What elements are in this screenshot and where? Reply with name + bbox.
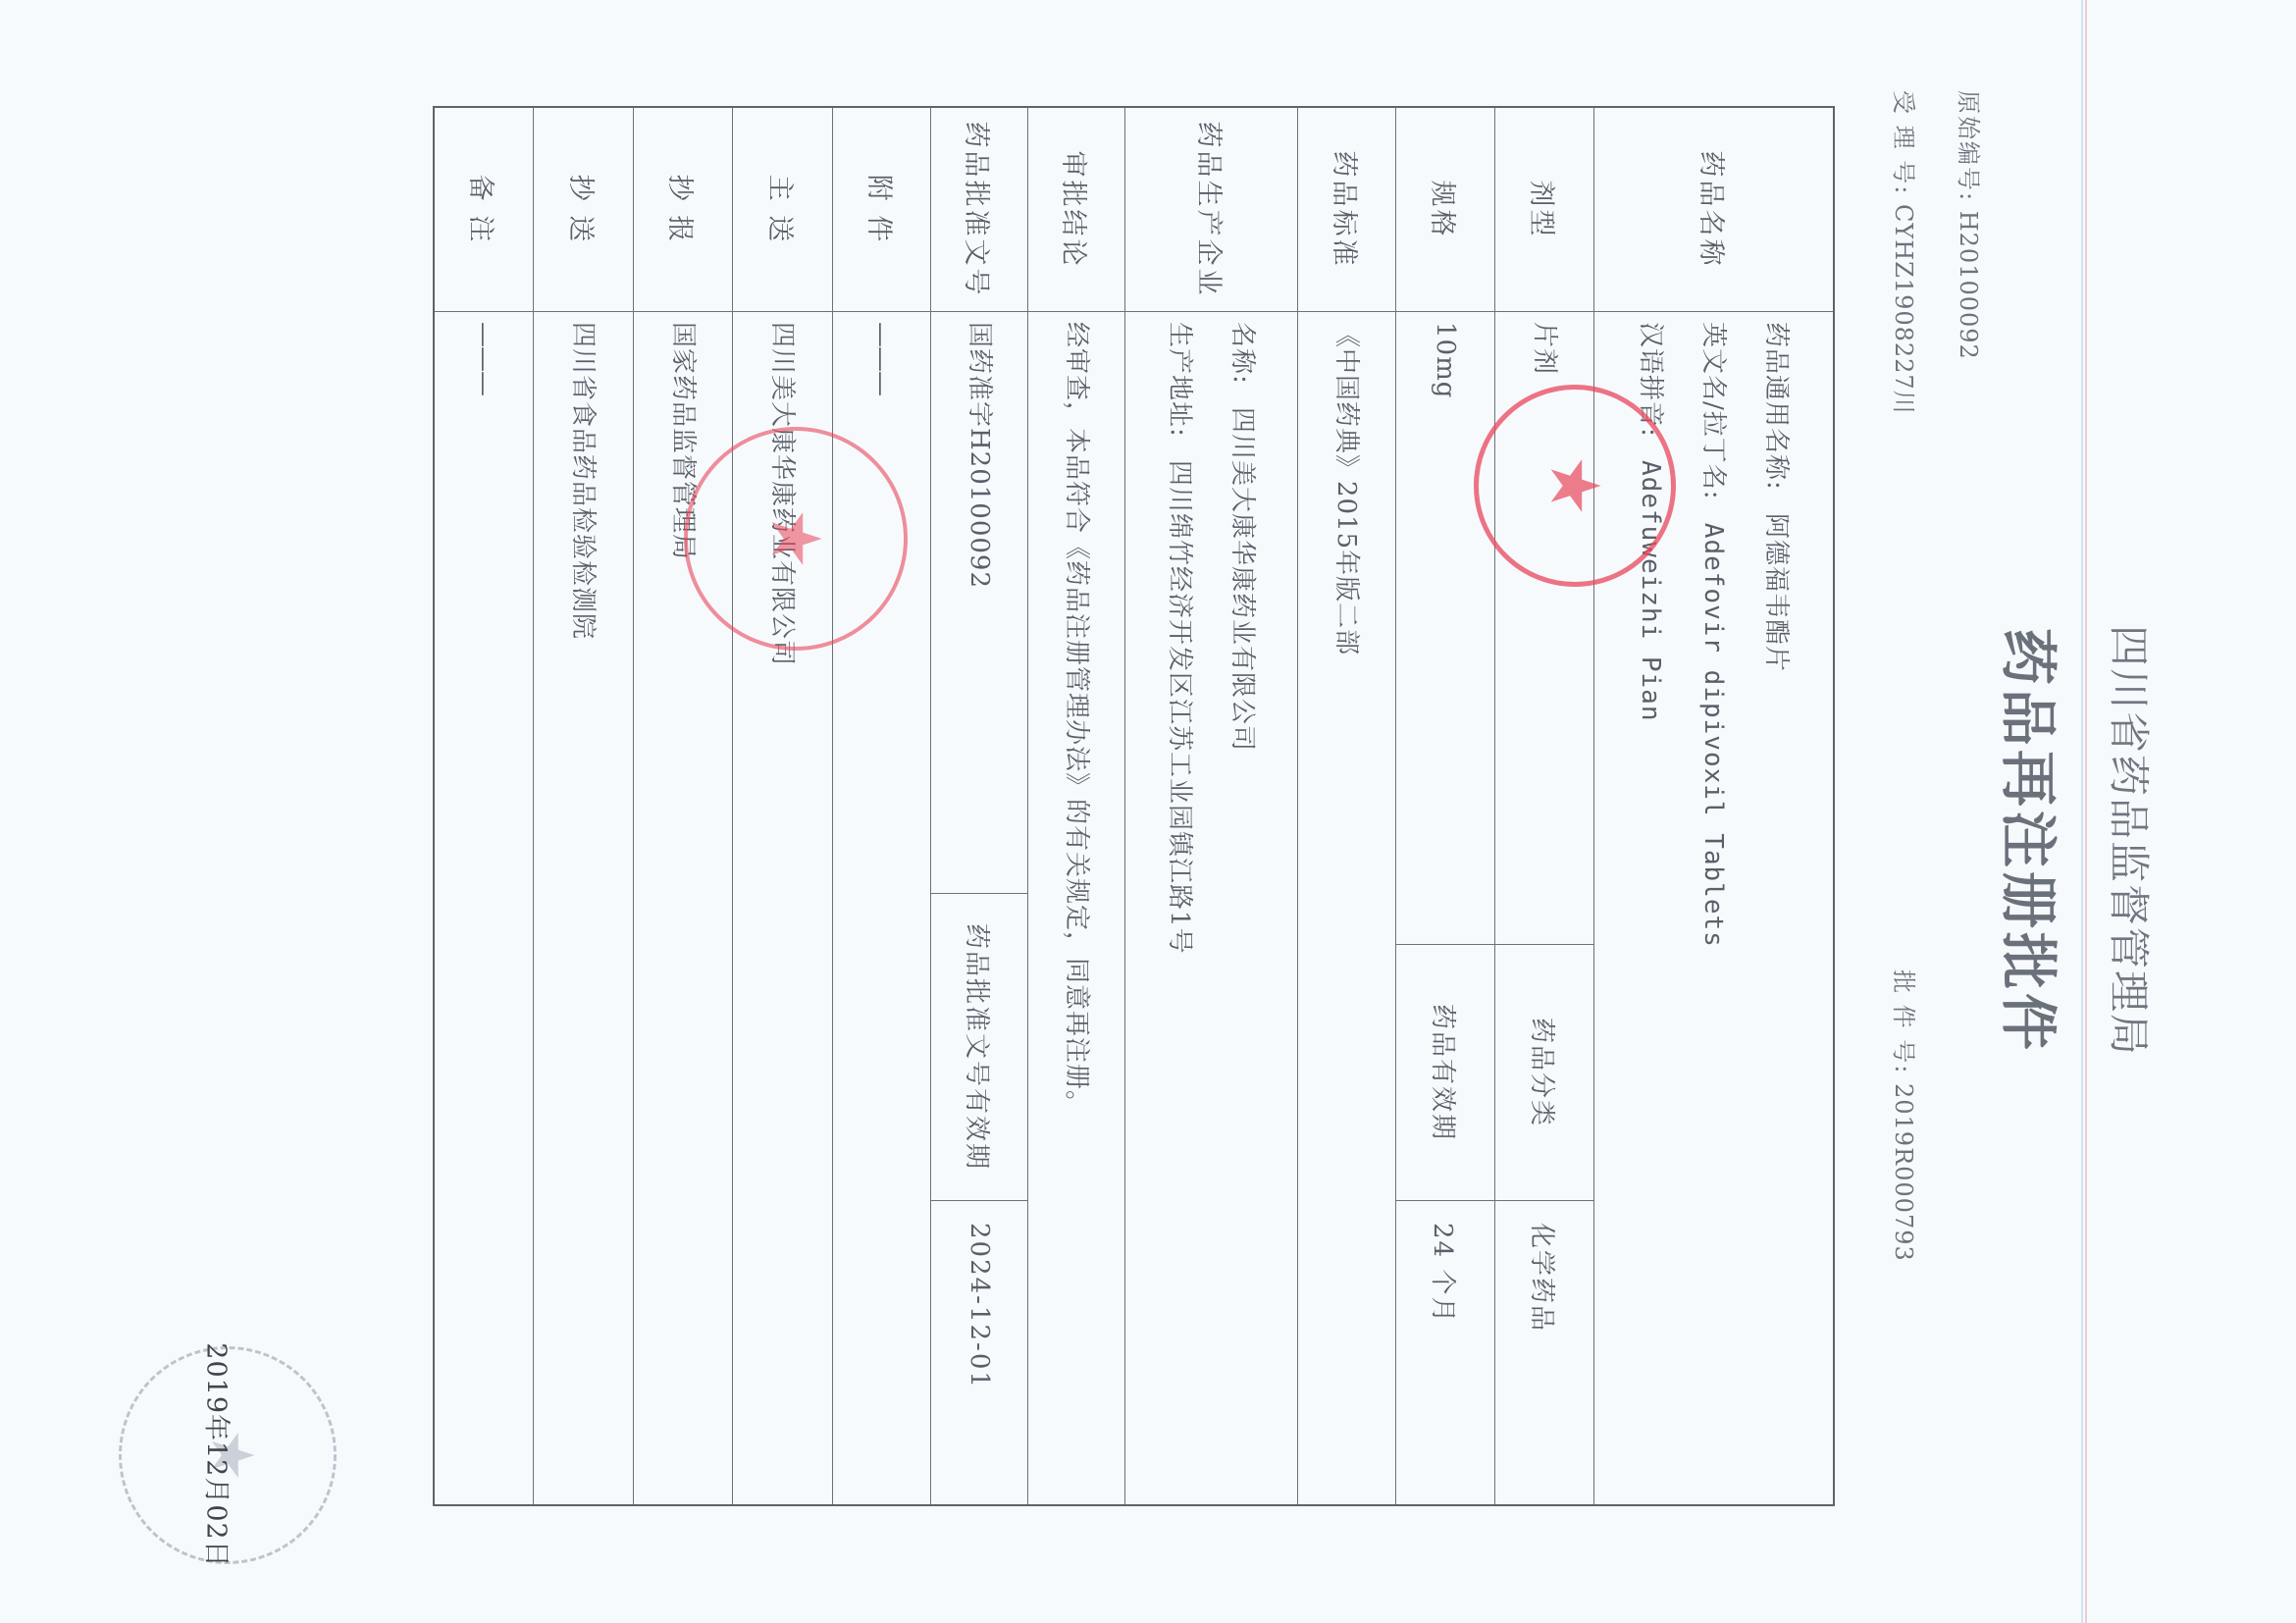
- row-attachment: 附 件 ———: [832, 108, 930, 1504]
- approval-doc-number-value: 2019R000793: [1890, 1083, 1917, 1262]
- scan-edge-line: [2081, 0, 2083, 1623]
- acceptance-number-label: 受 理 号:: [1890, 90, 1917, 195]
- row-main-recipient: 主 送 四川美大康华康药业有限公司: [732, 108, 832, 1504]
- value-remarks: ———: [435, 312, 533, 1504]
- label-cc-send: 抄 送: [534, 108, 633, 312]
- row-manufacturer: 药品生产企业 名称: 四川美大康华康药业有限公司 生产地址: 四川绵竹经济开发区…: [1124, 108, 1297, 1504]
- row-dosage-form: 剂型 片剂 药品分类 化学药品: [1494, 108, 1593, 1504]
- approval-doc-number-label: 批 件 号:: [1890, 969, 1917, 1074]
- document-title: 药品再注册批件: [1992, 0, 2074, 1623]
- original-number-label: 原始编号:: [1955, 90, 1982, 202]
- value-specification: 10mg: [1396, 312, 1494, 940]
- value-dosage-form: 片剂: [1495, 312, 1593, 940]
- value-drug-category: 化学药品: [1495, 1201, 1593, 1504]
- value-manufacturer: 名称: 四川美大康华康药业有限公司 生产地址: 四川绵竹经济开发区江苏工业园镇江…: [1125, 312, 1297, 1504]
- english-name-line: 英文名/拉丁名: Adefovir dipivoxil Tablets: [1683, 322, 1746, 1504]
- approval-conclusion-text: 经审查，本品符合《药品注册管理办法》的有关规定，同意再注册。: [1045, 322, 1108, 1504]
- label-remarks: 备 注: [435, 108, 533, 312]
- approval-number-text: 国药准字H20100092: [948, 322, 1011, 889]
- seal-date: 2019年12月02日: [200, 1342, 238, 1567]
- row-specification: 规格 10mg 药品有效期 24 个月: [1395, 108, 1494, 1504]
- row-approval-number: 药品批准文号 国药准字H20100092 药品批准文号有效期 2024-12-0…: [930, 108, 1027, 1504]
- acceptance-number-value: CYHZ1908227川: [1890, 204, 1917, 415]
- manufacturer-address-label: 生产地址:: [1166, 322, 1195, 438]
- value-cc-send: 四川省食品药品检验检测院: [534, 312, 633, 1504]
- drug-standard-text: 《中国药典》2015年版二部: [1316, 322, 1379, 1504]
- value-cc-report: 国家药品监督管理局: [634, 312, 732, 1504]
- label-drug-category: 药品分类: [1495, 944, 1593, 1201]
- label-approval-number: 药品批准文号: [931, 108, 1027, 312]
- manufacturer-address-line: 生产地址: 四川绵竹经济开发区江苏工业园镇江路1号: [1149, 322, 1212, 1504]
- value-approval-conclusion: 经审查，本品符合《药品注册管理办法》的有关规定，同意再注册。: [1028, 312, 1124, 1504]
- original-number-value: H20100092: [1955, 211, 1982, 360]
- pinyin-label: 汉语拼音:: [1637, 322, 1666, 438]
- label-specification: 规格: [1396, 108, 1494, 312]
- value-drug-validity: 24 个月: [1396, 1201, 1494, 1504]
- row-drug-name: 药品名称 药品通用名称: 阿德福韦酯片 英文名/拉丁名: Adefovir di…: [1593, 108, 1833, 1504]
- star-icon: ★: [202, 1429, 261, 1482]
- value-approval-number: 国药准字H20100092: [931, 312, 1027, 889]
- issuing-authority-title: 四川省药品监督管理局: [2102, 0, 2161, 1623]
- row-drug-standard: 药品标准 《中国药典》2015年版二部: [1297, 108, 1395, 1504]
- value-drug-name: 药品通用名称: 阿德福韦酯片 英文名/拉丁名: Adefovir dipivox…: [1594, 312, 1833, 1504]
- approval-table: 药品名称 药品通用名称: 阿德福韦酯片 英文名/拉丁名: Adefovir di…: [433, 106, 1835, 1506]
- label-manufacturer: 药品生产企业: [1125, 108, 1297, 312]
- document-page: 四川省药品监督管理局 药品再注册批件 原始编号: H20100092 受 理 号…: [0, 0, 2296, 1623]
- label-main-recipient: 主 送: [733, 108, 832, 312]
- value-approval-number-validity: 2024-12-01: [931, 1201, 1027, 1504]
- english-name-label: 英文名/拉丁名:: [1699, 322, 1729, 500]
- main-recipient-text: 四川美大康华康药业有限公司: [752, 322, 814, 1504]
- manufacturer-name-label: 名称:: [1228, 322, 1258, 385]
- value-drug-standard: 《中国药典》2015年版二部: [1298, 312, 1395, 1504]
- label-dosage-form: 剂型: [1495, 108, 1593, 312]
- original-number: 原始编号: H20100092: [1954, 90, 1988, 360]
- manufacturer-address-value: 四川绵竹经济开发区江苏工业园镇江路1号: [1166, 460, 1195, 955]
- label-cc-report: 抄 报: [634, 108, 732, 312]
- row-remarks: 备 注 ———: [435, 108, 533, 1504]
- row-cc-report: 抄 报 国家药品监督管理局: [633, 108, 732, 1504]
- row-approval-conclusion: 审批结论 经审查，本品符合《药品注册管理办法》的有关规定，同意再注册。: [1027, 108, 1124, 1504]
- acceptance-number: 受 理 号: CYHZ1908227川: [1889, 90, 1923, 415]
- attachment-text: ———: [851, 322, 913, 1504]
- label-attachment: 附 件: [833, 108, 930, 312]
- label-drug-standard: 药品标准: [1298, 108, 1395, 312]
- pinyin-value: Adefuweizhi Pian: [1637, 460, 1666, 721]
- manufacturer-name-line: 名称: 四川美大康华康药业有限公司: [1212, 322, 1275, 1504]
- approval-doc-number: 批 件 号: 2019R000793: [1889, 969, 1923, 1262]
- generic-name-label: 药品通用名称:: [1762, 322, 1792, 491]
- cc-report-text: 国家药品监督管理局: [652, 322, 714, 1504]
- cc-send-text: 四川省食品药品检验检测院: [552, 322, 615, 1504]
- label-drug-name: 药品名称: [1594, 108, 1833, 312]
- label-approval-number-validity: 药品批准文号有效期: [931, 893, 1027, 1201]
- label-approval-conclusion: 审批结论: [1028, 108, 1124, 312]
- specification-text: 10mg: [1414, 322, 1477, 940]
- label-drug-validity: 药品有效期: [1396, 944, 1494, 1201]
- value-attachment: ———: [833, 312, 930, 1504]
- english-name-value: Adefovir dipivoxil Tablets: [1699, 523, 1729, 948]
- manufacturer-name-value: 四川美大康华康药业有限公司: [1228, 407, 1258, 752]
- generic-name-line: 药品通用名称: 阿德福韦酯片: [1746, 322, 1808, 1504]
- value-main-recipient: 四川美大康华康药业有限公司: [733, 312, 832, 1504]
- row-cc-send: 抄 送 四川省食品药品检验检测院: [533, 108, 633, 1504]
- dosage-form-text: 片剂: [1513, 322, 1576, 940]
- pinyin-line: 汉语拼音: Adefuweizhi Pian: [1620, 322, 1683, 1504]
- remarks-text: ———: [452, 322, 515, 1504]
- scan-edge-line: [2085, 0, 2087, 1623]
- official-date-stamp: ★ 2019年12月02日: [119, 1346, 337, 1564]
- generic-name-value: 阿德福韦酯片: [1762, 513, 1792, 672]
